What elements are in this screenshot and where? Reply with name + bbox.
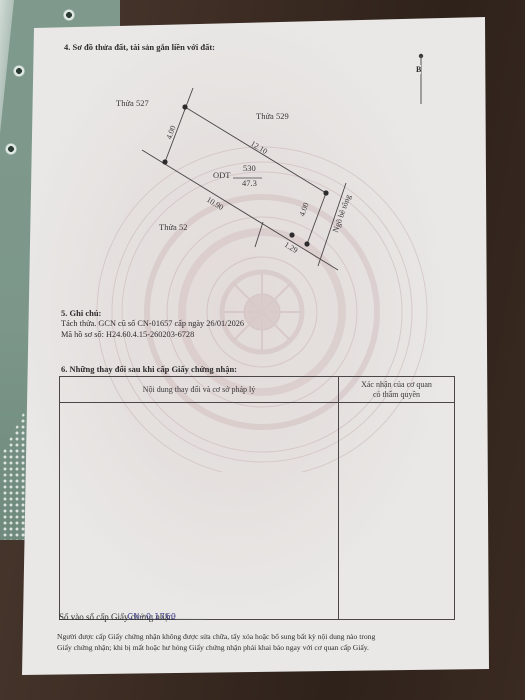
section-6-title: 6. Những thay đổi sau khi cấp Giấy chứng… xyxy=(61,364,237,374)
note-line-2: Mã hồ sơ số: H24.60.4.15-260203-6728 xyxy=(61,330,194,339)
notice-line-1: Người được cấp Giấy chứng nhận không đượ… xyxy=(57,632,375,641)
parcel-527-label: Thửa 527 xyxy=(116,98,149,108)
parcel-number-label: 530 xyxy=(243,163,256,173)
changes-table: Nội dung thay đổi và cơ sở pháp lý Xác n… xyxy=(59,376,455,620)
register-number-handwritten: CN- 0.1760 xyxy=(127,612,176,621)
table-row xyxy=(60,403,455,620)
column-header-confirmation-line-1: Xác nhận của cơ quan xyxy=(339,380,454,390)
column-header-confirmation-line-2: có thẩm quyền xyxy=(339,390,454,400)
land-type-label: ODT xyxy=(213,170,230,180)
parcel-529-label: Thửa 529 xyxy=(256,111,289,121)
parcel-area-label: 47.3 xyxy=(242,178,257,188)
parcel-52-label: Thửa 52 xyxy=(159,222,187,232)
dotted-leader: .......... xyxy=(176,612,189,622)
confirmation-cell xyxy=(339,403,455,620)
register-number-row: Số vào sổ cấp Giấy chứng nhận:..........… xyxy=(59,612,267,622)
notice-line-2: Giấy chứng nhận; khi bị mất hoặc hư hỏng… xyxy=(57,643,369,652)
column-header-changes: Nội dung thay đổi và cơ sở pháp lý xyxy=(60,377,339,403)
section-5-title: 5. Ghi chú: xyxy=(61,308,101,318)
note-line-1: Tách thửa. GCN cũ số CN-01657 cấp ngày 2… xyxy=(61,319,244,328)
column-header-confirmation: Xác nhận của cơ quan có thẩm quyền xyxy=(339,377,455,403)
changes-cell xyxy=(60,403,339,620)
